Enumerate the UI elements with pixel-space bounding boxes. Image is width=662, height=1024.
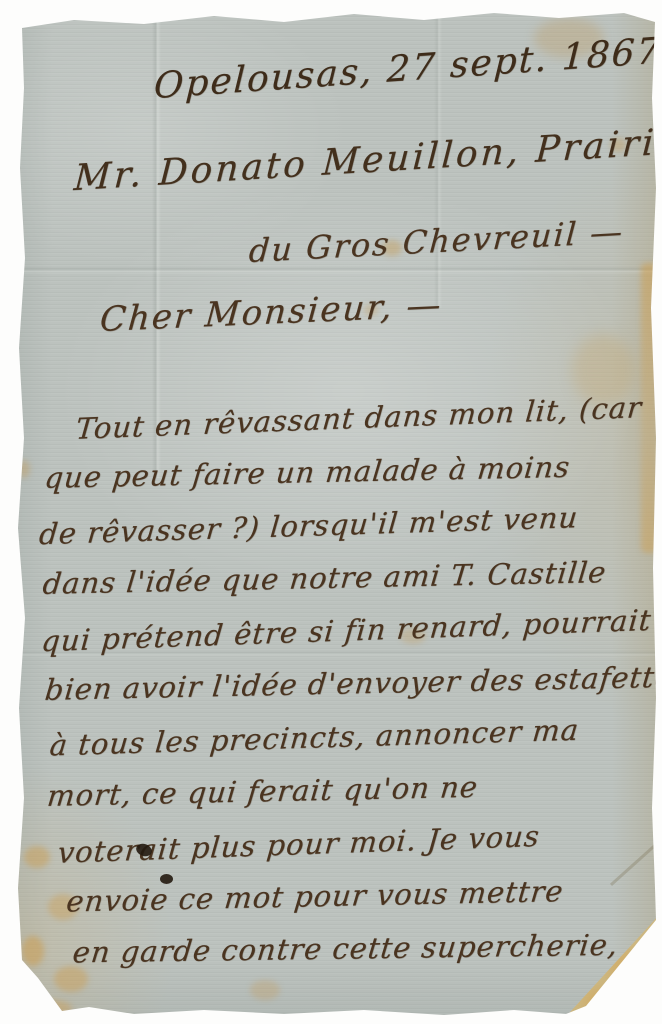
dateline: Opelousas, 27 sept. 1867 — [153, 30, 662, 107]
foxing-stain — [22, 936, 44, 966]
foxing-stain — [18, 460, 30, 478]
body-line: en garde contre cette supercherie, — [45, 927, 662, 989]
scan-background: Opelousas, 27 sept. 1867 Mr. Donato Meui… — [0, 0, 662, 1024]
foxing-stain — [32, 1000, 72, 1016]
addressee-line-1: Mr. Donato Meuillon, Prairie — [73, 121, 662, 199]
horizontal-fold-crease — [14, 266, 657, 274]
addressee-line-2: du Gros Chevreuil — — [248, 212, 626, 270]
letter-body: Tout en rêvassant dans mon lit, (carque … — [36, 395, 662, 991]
letter-paper: Opelousas, 27 sept. 1867 Mr. Donato Meui… — [14, 8, 657, 1018]
salutation: Cher Monsieur, — — [98, 285, 444, 340]
